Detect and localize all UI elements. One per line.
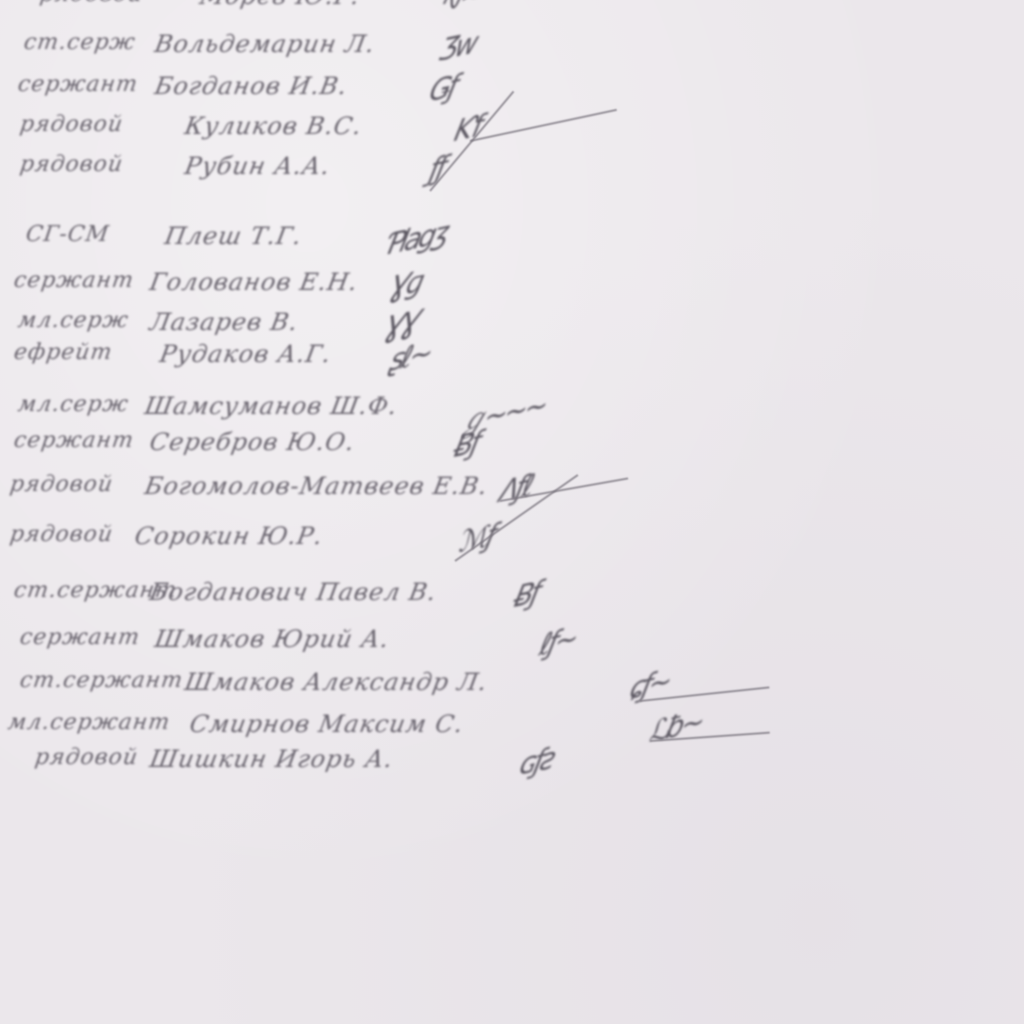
entry-name: Богданович Павел В.	[148, 578, 439, 606]
entry-rank: ст.сержант	[18, 668, 185, 693]
entry-rank: рядовой	[8, 472, 115, 497]
entry-name: Шамсуманов Ш.Ф.	[143, 392, 401, 420]
entry-rank: мл.сержант	[6, 710, 172, 735]
entry-name: Вольдемарин Л.	[153, 30, 378, 58]
entry-name: Смирнов Максим С.	[188, 710, 467, 738]
entry-rank: сержант	[12, 268, 135, 293]
entry-rank: мл.серж	[16, 392, 130, 417]
entry-rank: рядовой	[18, 112, 125, 137]
entry-rank: ефрейт	[12, 340, 114, 365]
entry-rank: рядовой	[33, 745, 140, 770]
entry-name: Рудаков А.Г.	[158, 340, 334, 368]
entry-name: Сорокин Ю.Р.	[133, 522, 326, 550]
entry-name: Шишкин Игорь А.	[148, 745, 396, 773]
entry-name: Серебров Ю.О.	[148, 428, 358, 456]
entry-name: Лазарев В.	[148, 308, 301, 336]
entry-name: Шмаков Юрий А.	[153, 625, 392, 653]
entry-rank: рядовой	[8, 522, 115, 547]
entry-rank: мл.серж	[16, 308, 130, 333]
entry-name: Шмаков Александр Л.	[183, 668, 490, 696]
entry-name: Богомолов-Матвеев Е.В.	[143, 472, 491, 500]
entry-rank: рядовой	[18, 152, 125, 177]
entry-rank: ст.серж	[22, 30, 137, 55]
entry-name: Куликов В.С.	[183, 112, 365, 140]
entry-rank: сержант	[16, 72, 139, 97]
entry-name: Плеш Т.Г.	[163, 222, 305, 250]
entry-name: Богданов И.В.	[153, 72, 350, 100]
scanned-paper	[0, 0, 1024, 1024]
entry-rank: сержант	[18, 625, 141, 650]
entry-name: Голованов Е.Н.	[148, 268, 361, 296]
entry-name: Морев Ю.Г.	[198, 0, 363, 10]
entry-rank: сержант	[12, 428, 135, 453]
entry-rank: СГ-СМ	[24, 222, 111, 247]
entry-rank: рядовой	[38, 0, 145, 7]
entry-name: Рубин А.А.	[183, 152, 333, 180]
